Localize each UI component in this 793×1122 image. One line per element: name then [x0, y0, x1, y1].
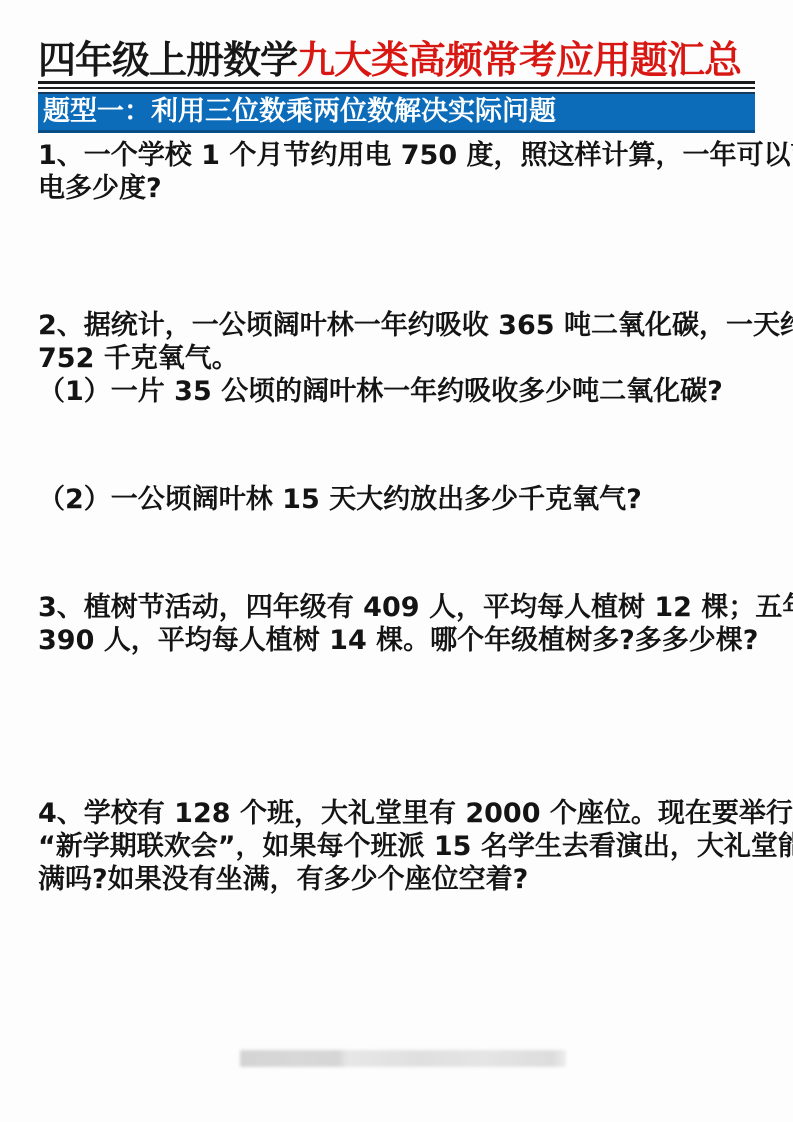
problem-2-subquestion-2-block: （2）一公顷阔叶林 15 天大约放出多少千克氧气? — [38, 483, 758, 516]
problem-2-subquestion-1: （1）一片 35 公顷的阔叶林一年约吸收多少吨二氧化碳? — [38, 375, 758, 408]
problem-1-line-2: 电多少度? — [38, 172, 758, 205]
problem-4-line-2: “新学期联欢会”，如果每个班派 15 名学生去看演出，大礼堂能坐 — [38, 830, 758, 863]
page-title-black-part: 四年级上册数学 — [38, 38, 297, 82]
problem-4-line-1: 4、学校有 128 个班，大礼堂里有 2000 个座位。现在要举行一次 — [38, 797, 758, 830]
problem-1: 1、一个学校 1 个月节约用电 750 度，照这样计算，一年可以节约用 电多少度… — [38, 139, 758, 205]
problem-1-line-1: 1、一个学校 1 个月节约用电 750 度，照这样计算，一年可以节约用 — [38, 139, 758, 172]
worksheet-page: 四年级上册数学九大类高频常考应用题汇总 题型一：利用三位数乘两位数解决实际问题 … — [0, 0, 793, 1122]
page-title: 四年级上册数学九大类高频常考应用题汇总 — [38, 38, 755, 82]
problem-3-line-1: 3、植树节活动，四年级有 409 人，平均每人植树 12 棵；五年级有 — [38, 591, 758, 624]
watermark-smudge — [240, 1050, 566, 1067]
problem-4: 4、学校有 128 个班，大礼堂里有 2000 个座位。现在要举行一次 “新学期… — [38, 797, 758, 896]
problem-2: 2、据统计，一公顷阔叶林一年约吸收 365 吨二氧化碳，一天约放出 752 千克… — [38, 309, 758, 408]
problem-3-line-2: 390 人，平均每人植树 14 棵。哪个年级植树多?多多少棵? — [38, 624, 758, 657]
section-type-banner: 题型一：利用三位数乘两位数解决实际问题 — [38, 92, 755, 133]
page-title-red-part: 九大类高频常考应用题汇总 — [297, 38, 741, 82]
problem-2-line-1: 2、据统计，一公顷阔叶林一年约吸收 365 吨二氧化碳，一天约放出 — [38, 309, 758, 342]
problem-3: 3、植树节活动，四年级有 409 人，平均每人植树 12 棵；五年级有 390 … — [38, 591, 758, 657]
problem-2-subquestion-2: （2）一公顷阔叶林 15 天大约放出多少千克氧气? — [38, 483, 758, 516]
problem-4-line-3: 满吗?如果没有坐满，有多少个座位空着? — [38, 863, 758, 896]
problem-2-line-2: 752 千克氧气。 — [38, 342, 758, 375]
title-double-underline — [38, 81, 755, 89]
